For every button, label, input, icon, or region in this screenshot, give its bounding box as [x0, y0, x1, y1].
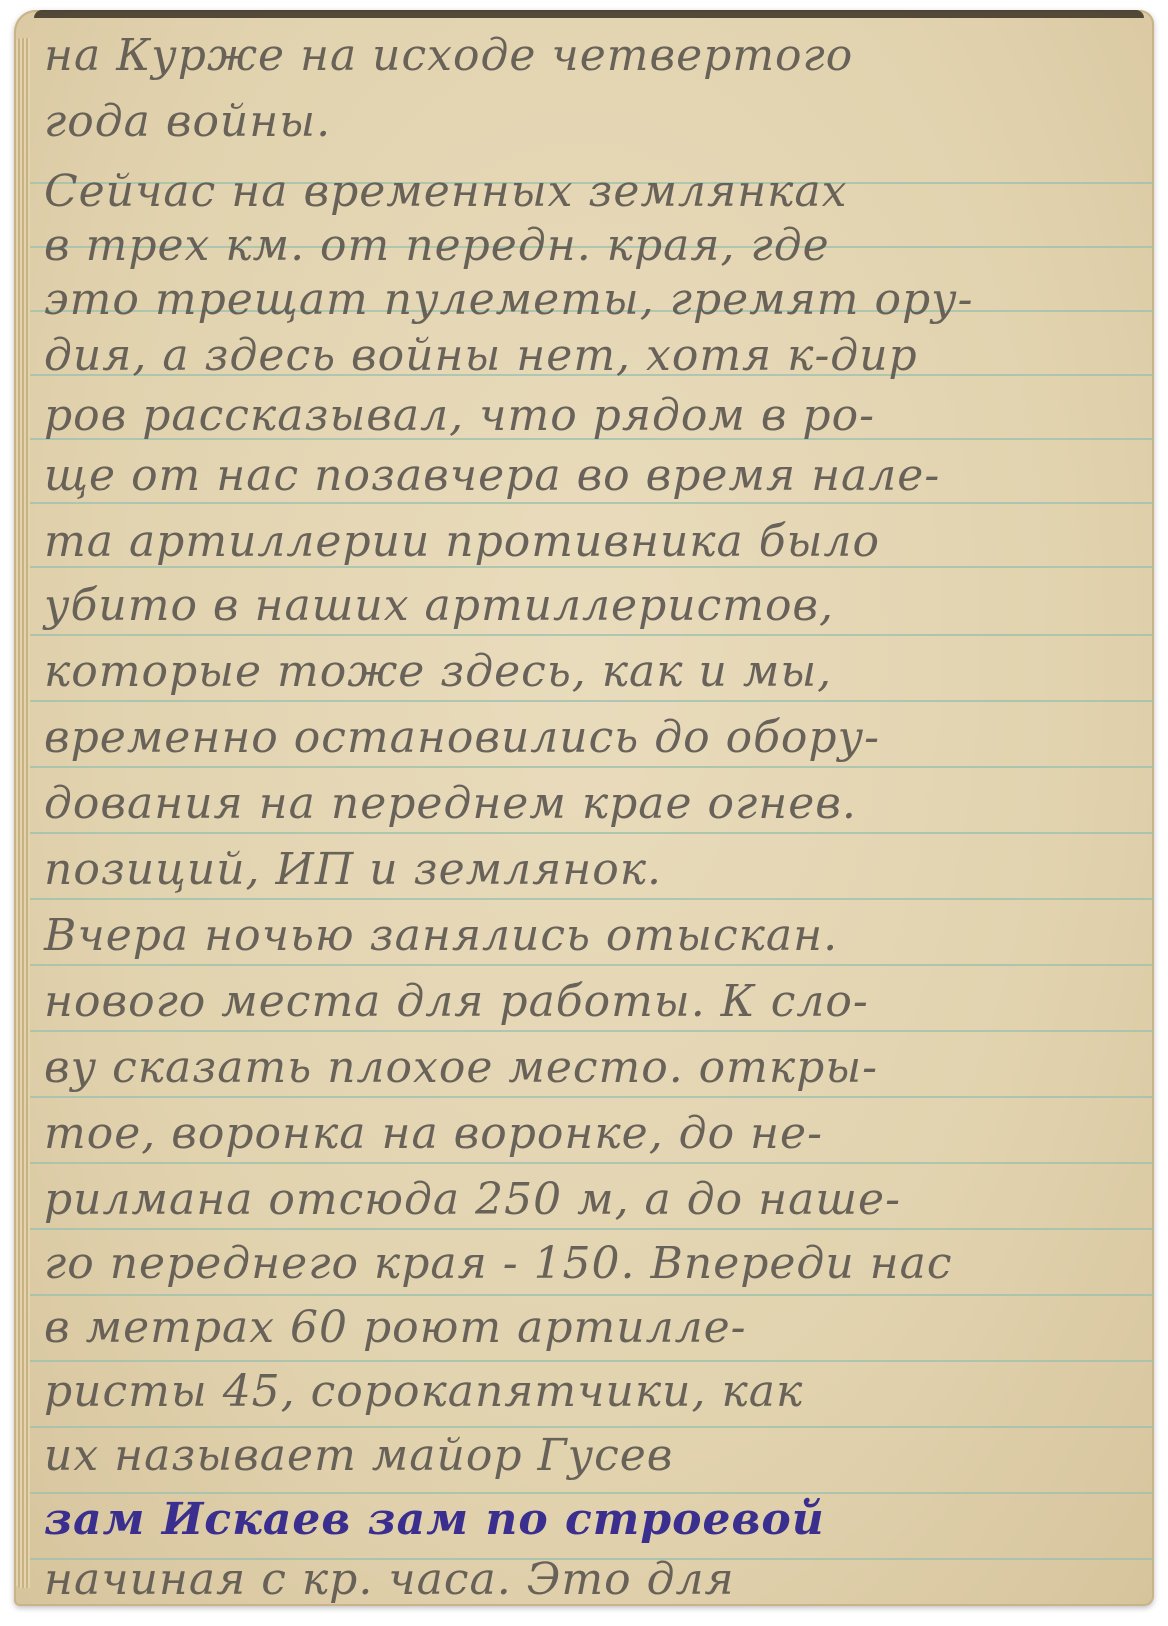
- handwritten-line: начиная с кр. часа. Это для: [44, 1554, 735, 1605]
- ruled-line: [30, 502, 1154, 504]
- ruled-line: [30, 1228, 1154, 1230]
- notebook-top-edge: [34, 10, 1144, 18]
- handwritten-line: убито в наших артиллеристов,: [44, 580, 834, 631]
- handwritten-line: дия, а здесь войны нет, хотя к-дир: [44, 330, 918, 381]
- handwritten-line: дования на переднем крае огнев.: [44, 778, 857, 829]
- handwritten-line: тое, воронка на воронке, до не-: [44, 1108, 823, 1159]
- ruled-line: [30, 832, 1154, 834]
- handwritten-line: та артиллерии противника было: [44, 516, 880, 567]
- handwritten-line: в метрах 60 роют артилле-: [44, 1302, 747, 1353]
- ruled-line: [30, 1360, 1154, 1362]
- handwritten-line: их называет майор Гусев: [44, 1430, 673, 1481]
- handwritten-line: в трех км. от передн. края, где: [44, 220, 830, 271]
- handwritten-line: ще от нас позавчера во время нале-: [44, 450, 940, 501]
- ruled-line: [30, 634, 1154, 636]
- handwritten-line: ров рассказывал, что рядом в ро-: [44, 390, 875, 441]
- ruled-line: [30, 766, 1154, 768]
- handwritten-line: позиций, ИП и землянок.: [44, 844, 662, 895]
- handwritten-line: го переднего края - 150. Впереди нас: [44, 1238, 953, 1289]
- handwritten-line: это трещат пулеметы, гремят ору-: [44, 274, 974, 325]
- handwritten-line: ристы 45, сорокапятчики, как: [44, 1366, 803, 1417]
- handwritten-line: Сейчас на временных землянках: [44, 166, 847, 217]
- notebook-page-edges: [14, 38, 30, 1588]
- ruled-line: [30, 1162, 1154, 1164]
- ruled-line: [30, 1096, 1154, 1098]
- ruled-line: [30, 898, 1154, 900]
- notebook-page: на Курже на исходе четвертого года войны…: [14, 10, 1154, 1606]
- handwritten-line: на Курже на исходе четвертого: [44, 30, 853, 81]
- handwritten-line: нового места для работы. К сло-: [44, 976, 869, 1027]
- handwritten-line: которые тоже здесь, как и мы,: [44, 646, 832, 697]
- ruled-line: [30, 964, 1154, 966]
- ruled-line: [30, 700, 1154, 702]
- ruled-line: [30, 1294, 1154, 1296]
- ink-annotation-line: зам Искаев зам по строевой: [44, 1494, 825, 1545]
- ruled-line: [30, 1030, 1154, 1032]
- handwritten-line: рилмана отсюда 250 м, а до наше-: [44, 1174, 901, 1225]
- handwritten-line: временно остановились до обору-: [44, 712, 880, 763]
- ruled-line: [30, 1426, 1154, 1428]
- handwritten-line: Вчера ночью занялись отыскан.: [44, 910, 838, 961]
- handwritten-line: года войны.: [44, 96, 331, 147]
- handwritten-line: ву сказать плохое место. откры-: [44, 1042, 878, 1093]
